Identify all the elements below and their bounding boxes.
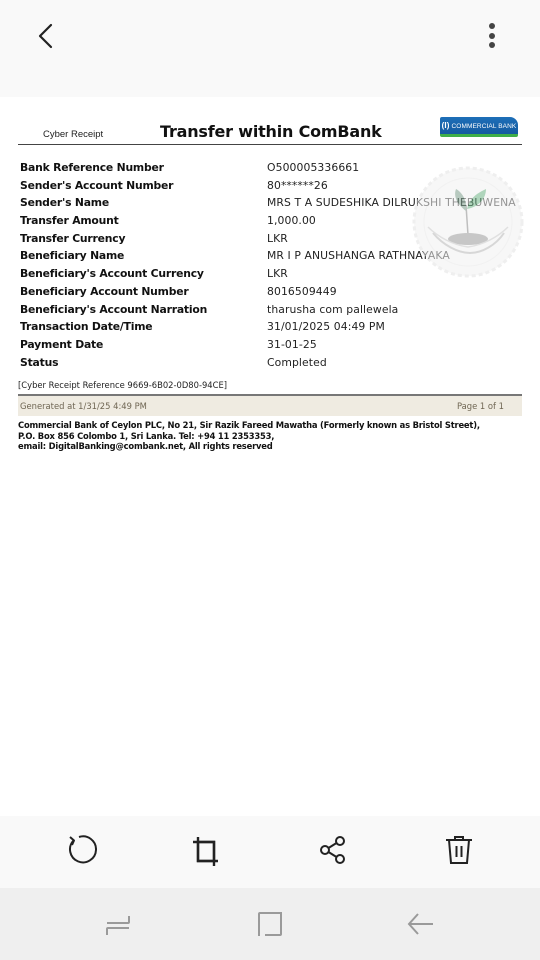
field-value: 31/01/2025 04:49 PM [267,320,385,333]
crop-icon [188,832,224,868]
receipt-title: Transfer within ComBank [160,122,382,141]
field-row: Transaction Date/Time31/01/2025 04:49 PM [18,320,522,338]
trash-icon [441,832,477,868]
page-indicator: Page 1 of 1 [457,401,504,411]
field-row: Bank Reference NumberO500005336661 [18,161,522,179]
bank-address-footer: Commercial Bank of Ceylon PLC, No 21, Si… [18,420,480,452]
field-label: Transaction Date/Time [20,320,152,333]
share-button[interactable] [315,832,351,868]
field-value: O500005336661 [267,161,359,174]
receipt-header: Cyber Receipt Transfer within ComBank (I… [18,117,522,145]
field-label: Bank Reference Number [20,161,164,174]
receipt-subtitle: Cyber Receipt [43,129,103,140]
generated-timestamp: Generated at 1/31/25 4:49 PM [20,401,147,411]
field-label: Transfer Currency [20,232,125,245]
field-row: Beneficiary NameMR I P ANUSHANGA RATHNAY… [18,249,522,267]
field-row: Transfer Amount1,000.00 [18,214,522,232]
more-options-button[interactable] [478,20,506,52]
crop-button[interactable] [188,832,224,868]
recents-button[interactable] [102,908,134,940]
bank-logo-mark: (I) [442,121,450,130]
field-value: MR I P ANUSHANGA RATHNAYAKA [267,249,450,262]
receipt-fields: Bank Reference NumberO500005336661 Sende… [18,161,522,373]
bank-logo-text: COMMERCIAL BANK [452,123,517,130]
field-value: 1,000.00 [267,214,316,227]
system-back-button[interactable] [405,908,437,940]
delete-button[interactable] [441,832,477,868]
field-value: 31-01-25 [267,338,317,351]
image-action-toolbar [0,816,540,888]
back-arrow-icon [405,908,437,940]
rotate-icon [61,832,97,868]
recents-icon [102,908,134,940]
more-vertical-icon [478,20,506,52]
rotate-button[interactable] [61,832,97,868]
field-value: LKR [267,267,288,280]
field-row: Payment Date31-01-25 [18,338,522,356]
field-row: Beneficiary Account Number8016509449 [18,285,522,303]
cyber-receipt-reference: [Cyber Receipt Reference 9669-6B02-0D80-… [18,380,227,390]
footer-line: email: DigitalBanking@combank.net, All r… [18,441,480,452]
field-row: Beneficiary's Account CurrencyLKR [18,267,522,285]
system-navigation-bar [0,888,540,960]
field-row: Sender's Account Number80******26 [18,179,522,197]
footer-line: P.O. Box 856 Colombo 1, Sri Lanka. Tel: … [18,431,480,442]
home-icon [254,908,286,940]
top-app-bar [0,0,540,97]
receipt-document: Cyber Receipt Transfer within ComBank (I… [18,117,522,373]
chevron-left-icon [30,20,62,52]
field-label: Status [20,356,58,369]
field-value: LKR [267,232,288,245]
generated-bar: Generated at 1/31/25 4:49 PM Page 1 of 1 [18,394,522,416]
home-button[interactable] [254,908,286,940]
back-button[interactable] [30,20,62,52]
field-label: Beneficiary Account Number [20,285,188,298]
field-label: Beneficiary's Account Narration [20,303,207,316]
image-viewer[interactable]: Cyber Receipt Transfer within ComBank (I… [0,97,540,816]
field-value: 80******26 [267,179,328,192]
footer-line: Commercial Bank of Ceylon PLC, No 21, Si… [18,420,480,431]
field-label: Beneficiary's Account Currency [20,267,204,280]
commercial-bank-logo: (I)COMMERCIAL BANK [440,117,518,137]
field-label: Transfer Amount [20,214,119,227]
field-label: Sender's Account Number [20,179,173,192]
field-row: Beneficiary's Account Narrationtharusha … [18,303,522,321]
field-value: Completed [267,356,327,369]
field-value: MRS T A SUDESHIKA DILRUKSHI THEBUWENA [267,196,516,209]
field-value: 8016509449 [267,285,337,298]
field-row: Sender's NameMRS T A SUDESHIKA DILRUKSHI… [18,196,522,214]
field-label: Sender's Name [20,196,109,209]
field-label: Beneficiary Name [20,249,124,262]
share-icon [315,832,351,868]
field-label: Payment Date [20,338,103,351]
field-row: Transfer CurrencyLKR [18,232,522,250]
field-row: StatusCompleted [18,356,522,374]
field-value: tharusha com pallewela [267,303,398,316]
